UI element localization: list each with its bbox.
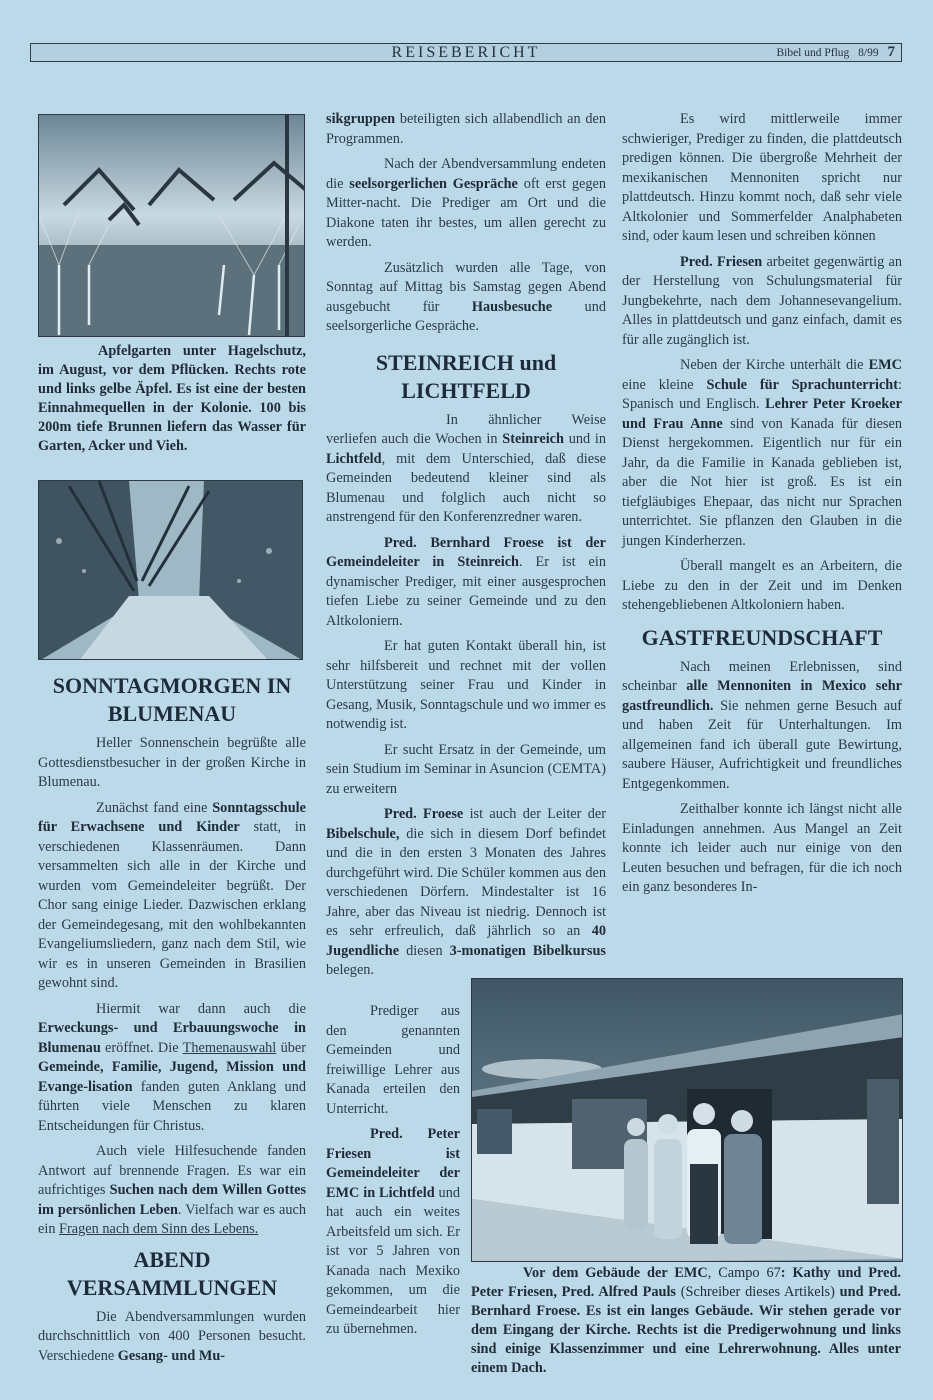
orchard-photo-bottom	[38, 480, 303, 660]
page-number: 7	[888, 44, 896, 60]
paragraph: Prediger aus den genannten Gemeinden und…	[326, 1002, 460, 1119]
paragraph: Es wird mittlerweile immer schwieriger, …	[622, 110, 902, 247]
column-2-narrow: Prediger aus den genannten Gemeinden und…	[326, 1002, 460, 1346]
paragraph: Auch viele Hilfesuchende fanden Antwort …	[38, 1142, 306, 1240]
section-title: REISEBERICHT	[31, 44, 901, 61]
column-1: SONNTAGMORGEN IN BLUMENAU Heller Sonnens…	[38, 668, 306, 1372]
paragraph: Nach der Abendversammlung endeten die se…	[326, 155, 606, 253]
orchard-caption: Apfelgarten unter Hagelschutz, im August…	[38, 342, 306, 456]
paragraph: In ähnlicher Weise verliefen auch die Wo…	[326, 411, 606, 528]
caption-text: Apfelgarten unter Hagelschutz, im August…	[38, 342, 306, 456]
page-header: REISEBERICHT Bibel und Pflug 8/99 7	[30, 43, 902, 62]
orchard-image	[39, 115, 305, 337]
heading-sonntagmorgen: SONNTAGMORGEN IN BLUMENAU	[38, 672, 306, 728]
paragraph: sikgruppen beteiligten sich allabendlich…	[326, 110, 606, 149]
publication-info: Bibel und Pflug 8/99 7	[776, 44, 895, 62]
paragraph: Pred. Froese ist auch der Leiter der Bib…	[326, 805, 606, 981]
emc-building-photo	[471, 978, 903, 1262]
paragraph: Die Abendversammlungen wurden durchschni…	[38, 1308, 306, 1367]
paragraph: Nach meinen Erlebnissen, sind scheinbar …	[622, 658, 902, 795]
building-caption: Vor dem Gebäude der EMC, Campo 67: Kathy…	[471, 1264, 901, 1378]
orchard-photo-top	[38, 114, 305, 337]
paragraph: Zeithalber konnte ich längst nicht alle …	[622, 800, 902, 898]
paragraph: Er sucht Ersatz in der Gemeinde, um sein…	[326, 741, 606, 800]
paragraph: Neben der Kirche unterhält die EMC eine …	[622, 356, 902, 551]
paragraph: Pred. Peter Friesen ist Gemeindeleiter d…	[326, 1125, 460, 1340]
column-3: Es wird mittlerweile immer schwieriger, …	[622, 110, 902, 904]
paragraph: Zunächst fand eine Sonntagsschule für Er…	[38, 799, 306, 994]
issue-number: 8/99	[858, 47, 878, 59]
heading-steinreich-lichtfeld: STEINREICH und LICHTFELD	[346, 349, 586, 405]
heading-gastfreundschaft: GASTFREUNDSCHAFT	[622, 624, 902, 652]
paragraph: Pred. Bernhard Froese ist der Gemeindele…	[326, 534, 606, 632]
publication-name: Bibel und Pflug	[776, 47, 849, 59]
paragraph: Überall mangelt es an Arbeitern, die Lie…	[622, 557, 902, 616]
paragraph: Heller Sonnenschein begrüßte alle Gottes…	[38, 734, 306, 793]
paragraph: Hiermit war dann auch die Erweckungs- un…	[38, 1000, 306, 1137]
paragraph: Zusätzlich wurden alle Tage, von Sonntag…	[326, 259, 606, 337]
building-image	[472, 979, 903, 1262]
heading-abendversammlungen: ABEND VERSAMMLUNGEN	[38, 1246, 306, 1302]
caption-text: Vor dem Gebäude der EMC, Campo 67: Kathy…	[471, 1264, 901, 1378]
paragraph: Pred. Friesen arbeitet gegenwärtig an de…	[622, 253, 902, 351]
column-2: sikgruppen beteiligten sich allabendlich…	[326, 110, 606, 987]
paragraph: Er hat guten Kontakt überall hin, ist se…	[326, 637, 606, 735]
orchard-nets-image	[39, 481, 303, 660]
